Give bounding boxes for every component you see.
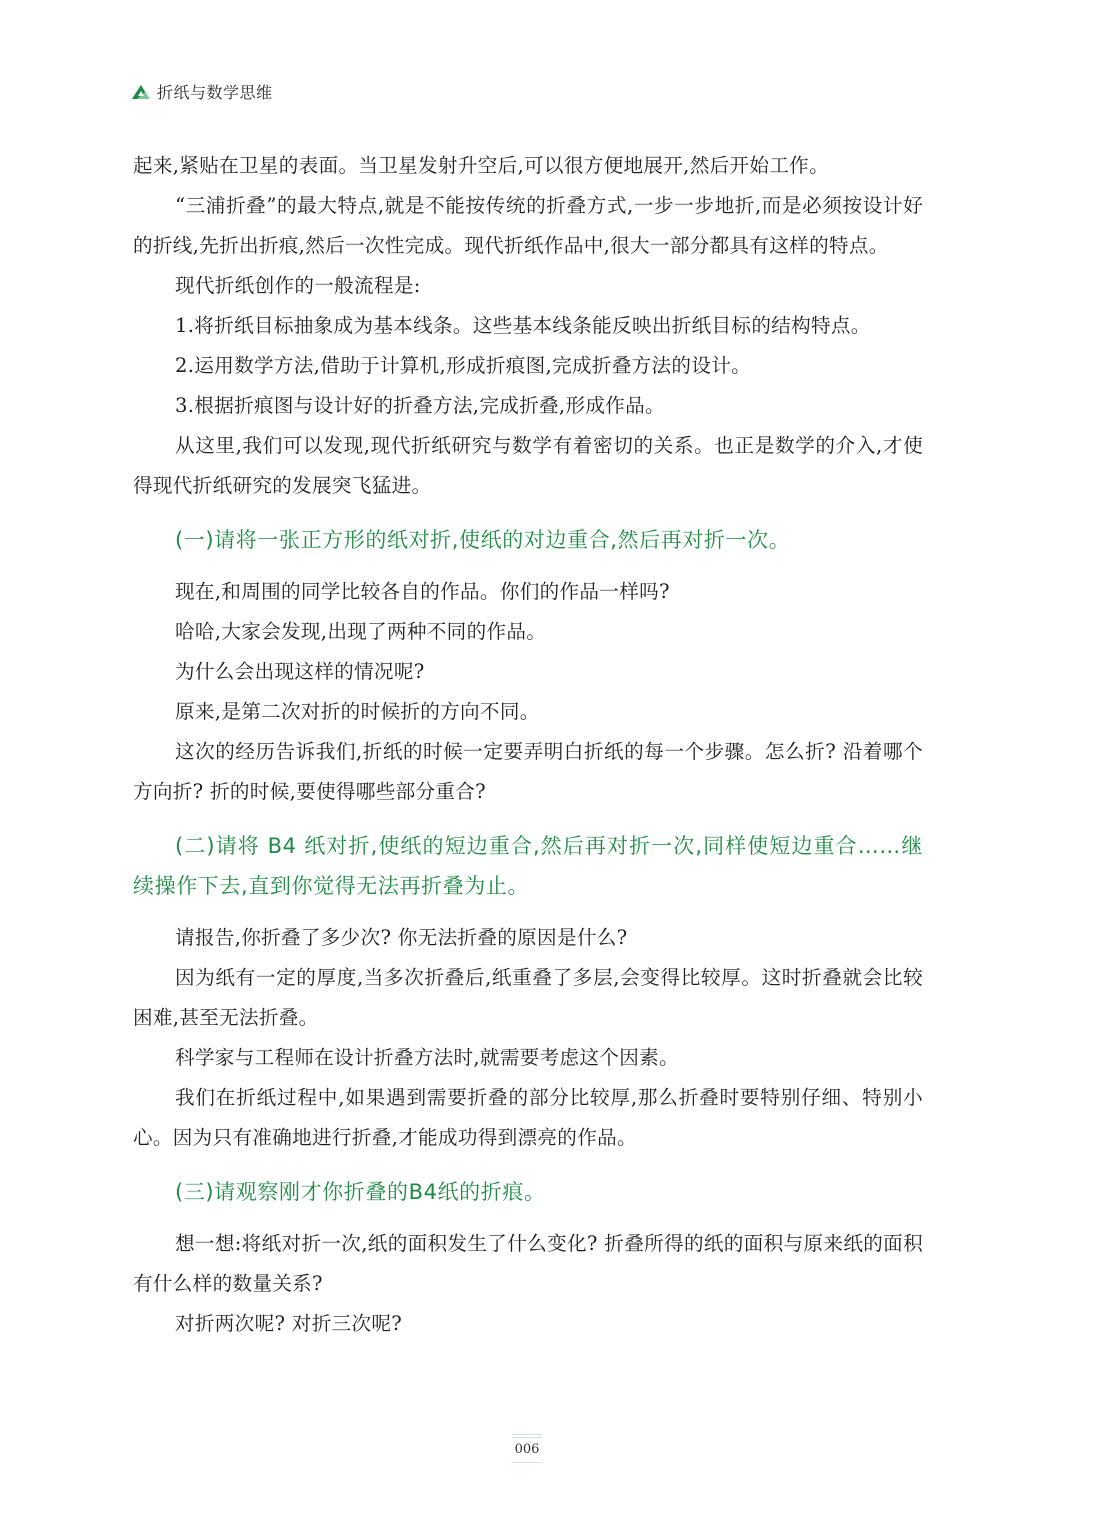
divider — [512, 1437, 542, 1438]
section-heading-3: (三)请观察刚才你折叠的B4纸的折痕。 — [133, 1172, 923, 1212]
paragraph: 哈哈,大家会发现,出现了两种不同的作品。 — [133, 612, 923, 652]
paragraph: 请报告,你折叠了多少次? 你无法折叠的原因是什么? — [133, 918, 923, 958]
paragraph: 这次的经历告诉我们,折纸的时候一定要弄明白折纸的每一个步骤。怎么折? 沿着哪个方… — [133, 732, 923, 812]
book-title: 折纸与数学思维 — [157, 80, 273, 103]
paragraph: 想一想:将纸对折一次,纸的面积发生了什么变化? 折叠所得的纸的面积与原来纸的面积… — [133, 1224, 923, 1304]
green-triangle-logo-icon — [131, 84, 151, 100]
page-number: 006 — [512, 1432, 542, 1465]
section-heading-1: (一)请将一张正方形的纸对折,使纸的对边重合,然后再对折一次。 — [133, 520, 923, 560]
running-header: 折纸与数学思维 — [131, 80, 273, 103]
divider — [512, 1462, 542, 1463]
list-item: 2.运用数学方法,借助于计算机,形成折痕图,完成折叠方法的设计。 — [133, 346, 923, 386]
paragraph: 现在,和周围的同学比较各自的作品。你们的作品一样吗? — [133, 572, 923, 612]
paragraph: 对折两次呢? 对折三次呢? — [133, 1304, 923, 1344]
list-item: 1.将折纸目标抽象成为基本线条。这些基本线条能反映出折纸目标的结构特点。 — [133, 306, 923, 346]
paragraph: 科学家与工程师在设计折叠方法时,就需要考虑这个因素。 — [133, 1038, 923, 1078]
page-body: 起来,紧贴在卫星的表面。当卫星发射升空后,可以很方便地展开,然后开始工作。 “三… — [133, 146, 923, 1344]
list-item: 3.根据折痕图与设计好的折叠方法,完成折叠,形成作品。 — [133, 386, 923, 426]
paragraph: 起来,紧贴在卫星的表面。当卫星发射升空后,可以很方便地展开,然后开始工作。 — [133, 146, 923, 186]
paragraph: “三浦折叠”的最大特点,就是不能按传统的折叠方式,一步一步地折,而是必须按设计好… — [133, 186, 923, 266]
paragraph: 因为纸有一定的厚度,当多次折叠后,纸重叠了多层,会变得比较厚。这时折叠就会比较困… — [133, 958, 923, 1038]
divider — [512, 1434, 542, 1435]
page-number-text: 006 — [512, 1440, 542, 1460]
paragraph: 原来,是第二次对折的时候折的方向不同。 — [133, 692, 923, 732]
paragraph: 为什么会出现这样的情况呢? — [133, 652, 923, 692]
section-heading-2: (二)请将 B4 纸对折,使纸的短边重合,然后再对折一次,同样使短边重合……继续… — [133, 826, 923, 906]
paragraph: 现代折纸创作的一般流程是: — [133, 266, 923, 306]
paragraph: 我们在折纸过程中,如果遇到需要折叠的部分比较厚,那么折叠时要特别仔细、特别小心。… — [133, 1078, 923, 1158]
paragraph: 从这里,我们可以发现,现代折纸研究与数学有着密切的关系。也正是数学的介入,才使得… — [133, 426, 923, 506]
